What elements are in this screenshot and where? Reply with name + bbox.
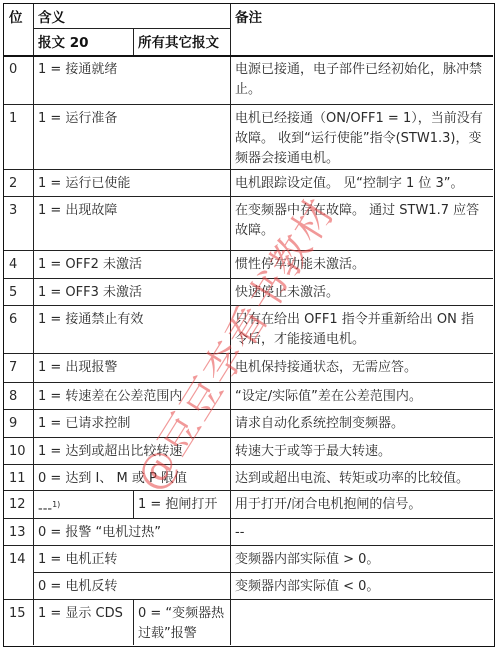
bit-cell: 2	[4, 170, 33, 194]
meaning-other-cell: 1 = 抱闸打开	[133, 491, 230, 515]
remark-cell: 只有在给出 OFF1 指令并重新给出 ON 指令后，才能接通电机。	[230, 306, 492, 350]
meaning-cell: 1 = 运行已使能	[33, 170, 230, 194]
meaning-cell: 1 = 出现故障	[33, 197, 230, 221]
remark-cell: --	[230, 519, 492, 543]
meaning-tel20-cell: 1 = 显示 CDS	[33, 600, 133, 624]
remark-cell	[230, 600, 492, 604]
bit-cell: 13	[4, 519, 33, 543]
remark-cell: 请求自动化系统控制变频器。	[230, 410, 492, 434]
bit-cell: 5	[4, 279, 33, 303]
meaning-cell: 1 = 接通就绪	[33, 56, 230, 80]
header-other-telegrams: 所有其它报文	[133, 29, 230, 53]
remark-cell: 电机已经接通（ON/OFF1 = 1），当前没有故障。 收到“运行使能”指令(S…	[230, 105, 492, 169]
meaning-cell: 0 = 达到 I、 M 或 P 限值	[33, 465, 230, 489]
bit-cell: 12	[4, 491, 33, 515]
bit-cell: 11	[4, 465, 33, 489]
bit-cell: 8	[4, 383, 33, 407]
remark-cell: “设定/实际值”差在公差范围内。	[230, 383, 492, 407]
bit-cell: 3	[4, 197, 33, 221]
bit-cell: 10	[4, 438, 33, 462]
header-remarks: 备注	[230, 4, 492, 28]
bit-cell: 1	[4, 105, 33, 129]
header-meaning: 含义	[33, 4, 230, 28]
meaning-cell: 0 = 报警 “电机过热”	[33, 519, 230, 543]
meaning-cell: 1 = 运行准备	[33, 105, 230, 129]
meaning-other-cell: 0 = “变频器热过载”报警	[133, 600, 230, 644]
remark-cell: 电机跟踪设定值。 见“控制字 1 位 3”。	[230, 170, 492, 194]
meaning-cell: 1 = 已请求控制	[33, 410, 230, 434]
meaning-tel20-cell: ---1)	[33, 491, 133, 519]
remark-cell: 变频器内部实际值 < 0。	[230, 573, 492, 597]
remark-cell: 转速大于或等于最大转速。	[230, 438, 492, 462]
meaning-cell: 0 = 电机反转	[33, 573, 230, 597]
bit-cell: 7	[4, 354, 33, 378]
remark-cell: 在变频器中存在故障。 通过 STW1.7 应答故障。	[230, 197, 492, 241]
remark-cell: 变频器内部实际值 > 0。	[230, 546, 492, 570]
remark-cell: 用于打开/闭合电机抱闸的信号。	[230, 491, 492, 515]
bit-cell: 6	[4, 306, 33, 330]
meaning-cell: 1 = 出现报警	[33, 354, 230, 378]
remark-cell: 达到或超出电流、转矩或功率的比较值。	[230, 465, 492, 489]
meaning-cell: 1 = 电机正转	[33, 546, 230, 570]
remark-cell: 电源已接通，电子部件已经初始化，脉冲禁止。	[230, 56, 492, 100]
status-word-table: 位 含义 报文 20 所有其它报文 备注 0 1 = 接通就绪 电源已接通，电子…	[3, 3, 495, 647]
remark-cell: 快速停止未激活。	[230, 279, 492, 303]
header-telegram-20: 报文 20	[33, 29, 133, 53]
meaning-cell: 1 = 转速差在公差范围内	[33, 383, 230, 407]
bit-cell: 0	[4, 56, 33, 80]
meaning-tel20-text: ---	[38, 501, 52, 516]
meaning-cell: 1 = 达到或超出比较转速	[33, 438, 230, 462]
meaning-cell: 1 = OFF3 未激活	[33, 279, 230, 303]
remark-cell: 惯性停车功能未激活。	[230, 251, 492, 275]
bit-cell: 4	[4, 251, 33, 275]
meaning-cell: 1 = 接通禁止有效	[33, 306, 230, 330]
remark-cell: 电机保持接通状态，无需应答。	[230, 354, 492, 378]
header-bit: 位	[4, 4, 33, 28]
bit-cell: 9	[4, 410, 33, 434]
footnote-marker: 1)	[52, 500, 60, 509]
meaning-cell: 1 = OFF2 未激活	[33, 251, 230, 275]
bit-cell: 14	[4, 546, 33, 570]
bit-cell: 15	[4, 600, 33, 624]
